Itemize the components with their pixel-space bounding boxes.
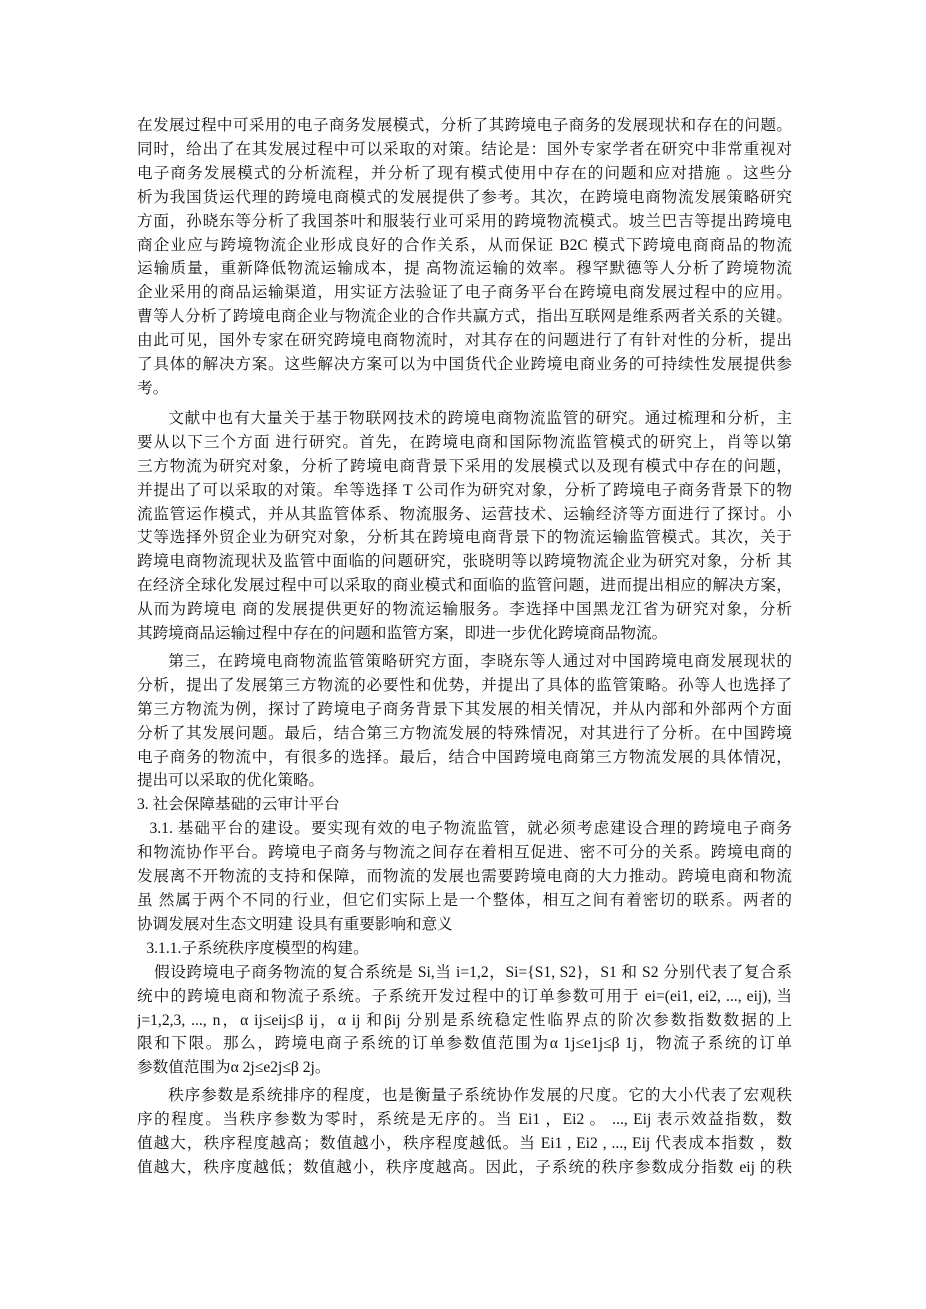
text-line: 从而为跨境电 商的发展提供更好的物流运输服务。李选择中国黑龙江省为研究对象，分析	[137, 598, 792, 622]
text-line: 电子商务发展模式的分析流程，并分析了现有模式使用中存在的问题和应对措施 。这些分	[137, 162, 792, 186]
text-line: 企业采用的商品运输渠道，用实证方法验证了电子商务平台在跨境电商发展过程中的应用。	[137, 281, 792, 305]
text-line: 3.1.1.子系统秩序度模型的构建。	[137, 937, 792, 961]
paragraph-3-1-platform-construction: 3.1. 基础平台的建设。要实现有效的电子物流监管，就必须考虑建设合理的跨境电子…	[137, 817, 792, 937]
text-line: 在经济全球化发展过程中可以采取的商业模式和面临的监管问题，进而提出相应的解决方案…	[137, 574, 792, 598]
heading-section-3-1-1: 3.1.1.子系统秩序度模型的构建。	[137, 937, 792, 961]
heading-section-3: 3. 社会保障基础的云审计平台	[137, 793, 792, 817]
text-line: 协调发展对生态文明建 设具有重要影响和意义	[137, 913, 792, 937]
text-line: 提出可以采取的优化策略。	[137, 769, 792, 793]
text-line: 了具体的解决方案。这些解决方案可以为中国货代企业跨境电商业务的可持续性发展提供参	[137, 353, 792, 377]
paragraph-overseas-research: 在发展过程中可采用的电子商务发展模式，分析了其跨境电子商务的发展现状和存在的问题…	[137, 114, 792, 401]
text-line: 商企业应与跨境物流企业形成良好的合作关系，从而保证 B2C 模式下跨境电商商品的…	[137, 234, 792, 258]
text-line: 在发展过程中可采用的电子商务发展模式，分析了其跨境电子商务的发展现状和存在的问题…	[137, 114, 792, 138]
text-line: 流监管运作模式，并从其监管体系、物流服务、运营技术、运输经济等方面进行了探讨。小	[137, 503, 792, 527]
text-line: 文献中也有大量关于基于物联网技术的跨境电商物流监管的研究。通过梳理和分析，主	[137, 407, 792, 431]
text-line: 其跨境商品运输过程中存在的问题和监管方案，即进一步优化跨境商品物流。	[137, 622, 792, 646]
text-line: 发展离不开物流的支持和保障，而物流的发展也需要跨境电商的大力推动。跨境电商和物流	[137, 865, 792, 889]
text-line: 方面，孙晓东等分析了我国茶叶和服装行业可采用的跨境物流模式。坡兰巴吉等提出跨境电	[137, 210, 792, 234]
text-line: j=1,2,3, ..., n，α ij≤eij≤β ij，α ij 和βij …	[137, 1009, 792, 1033]
text-line: 第三方物流为例，探讨了跨境电子商务背景下其发展的相关情况，并从内部和外部两个方面	[137, 698, 792, 722]
text-line: 并提出了可以采取的对策。牟等选择 T 公司作为研究对象，分析了跨境电子商务背景下…	[137, 479, 792, 503]
text-line: 析为我国货运代理的跨境电商模式的发展提供了参考。其次，在跨境电商物流发展策略研究	[137, 186, 792, 210]
text-line: 统中的跨境电商和物流子系统。子系统开发过程中的订单参数可用于 ei=(ei1, …	[137, 985, 792, 1009]
text-line: 3.1. 基础平台的建设。要实现有效的电子物流监管，就必须考虑建设合理的跨境电子…	[137, 817, 792, 841]
text-line: 曹等人分析了跨境电商企业与物流企业的合作共赢方式，指出互联网是维系两者关系的关键…	[137, 305, 792, 329]
text-line: 值越大，秩序度越低；数值越小，秩序度越高。因此，子系统的秩序参数成分指数 eij…	[137, 1156, 792, 1180]
text-line: 要从以下三个方面 进行研究。首先，在跨境电商和国际物流监管模式的研究上，肖等以第	[137, 431, 792, 455]
text-line: 第三，在跨境电商物流监管策略研究方面，李晓东等人通过对中国跨境电商发展现状的	[137, 650, 792, 674]
text-line: 分析，提出了发展第三方物流的必要性和优势，并提出了具体的监管策略。孙等人也选择了	[137, 674, 792, 698]
paragraph-iot-regulation-research: 文献中也有大量关于基于物联网技术的跨境电商物流监管的研究。通过梳理和分析，主要从…	[137, 407, 792, 646]
text-line: 和物流协作平台。跨境电子商务与物流之间存在着相互促进、密不可分的关系。跨境电商的	[137, 841, 792, 865]
text-line: 运输质量，重新降低物流运输成本，提 高物流运输的效率。穆罕默德等人分析了跨境物流	[137, 257, 792, 281]
paragraph-order-parameter: 秩序参数是系统排序的程度，也是衡量子系统协作发展的尺度。它的大小代表了宏观秩序的…	[137, 1084, 792, 1180]
text-line: 假设跨境电子商务物流的复合系统是 Si,当 i=1,2，Si={S1, S2}，…	[137, 961, 792, 985]
text-line: 考。	[137, 377, 792, 401]
text-line: 艾等选择外贸企业为研究对象，分析其在跨境电商背景下的物流运输监管模式。其次，关于	[137, 526, 792, 550]
paragraph-subsystem-model: 假设跨境电子商务物流的复合系统是 Si,当 i=1,2，Si={S1, S2}，…	[137, 961, 792, 1081]
text-line: 跨境电商物流现状及监管中面临的问题研究，张晓明等以跨境物流企业为研究对象，分析 …	[137, 550, 792, 574]
text-line: 序的程度。当秩序参数为零时，系统是无序的。当 Ei1 ，Ei2 。 ..., E…	[137, 1108, 792, 1132]
text-line: 值越大，秩序程度越高；数值越小，秩序程度越低。当 Ei1 , Ei2 , ...…	[137, 1132, 792, 1156]
document-page: 在发展过程中可采用的电子商务发展模式，分析了其跨境电子商务的发展现状和存在的问题…	[0, 0, 926, 1309]
text-line: 同时，给出了在其发展过程中可以采取的对策。结论是：国外专家学者在研究中非常重视对	[137, 138, 792, 162]
text-line: 三方物流为研究对象，分析了跨境电商背景下采用的发展模式以及现有模式中存在的问题，	[137, 455, 792, 479]
text-line: 分析了其发展问题。最后，结合第三方物流发展的特殊情况，对其进行了分析。在中国跨境	[137, 722, 792, 746]
text-line: 由此可见，国外专家在研究跨境电商物流时，对其存在的问题进行了有针对性的分析，提出	[137, 329, 792, 353]
text-line: 虽 然属于两个不同的行业，但它们实际上是一个整体，相互之间有着密切的联系。两者的	[137, 889, 792, 913]
text-line: 参数值范围为α 2j≤e2j≤β 2j。	[137, 1056, 792, 1080]
text-line: 3. 社会保障基础的云审计平台	[137, 793, 792, 817]
text-line: 秩序参数是系统排序的程度，也是衡量子系统协作发展的尺度。它的大小代表了宏观秩	[137, 1084, 792, 1108]
paragraph-regulation-strategy: 第三，在跨境电商物流监管策略研究方面，李晓东等人通过对中国跨境电商发展现状的分析…	[137, 650, 792, 793]
text-line: 电子商务的物流中，有很多的选择。最后，结合中国跨境电商第三方物流发展的具体情况，	[137, 746, 792, 770]
text-line: 限和下限。那么，跨境电商子系统的订单参数值范围为α 1j≤e1j≤β 1j，物流…	[137, 1032, 792, 1056]
document-content: 在发展过程中可采用的电子商务发展模式，分析了其跨境电子商务的发展现状和存在的问题…	[137, 114, 792, 1180]
